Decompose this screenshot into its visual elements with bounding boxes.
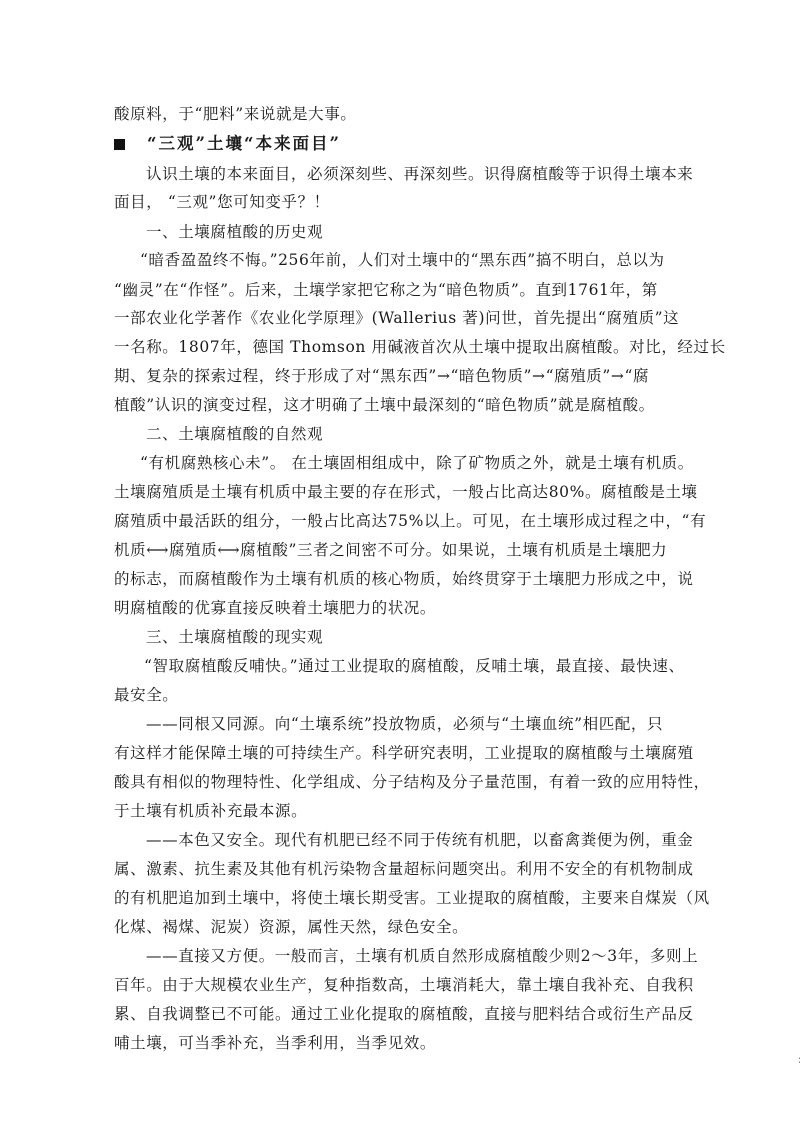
text-line: 明腐植酸的优寡直接反映着土壤肥力的状况。 [114, 598, 436, 618]
text-line: “智取腐植酸反哺快。”通过工业提取的腐植酸，反哺土壤，最直接、最快速、 [144, 656, 685, 676]
text-line: “有机腐熟核心未”。 在土壤固相组成中，除了矿物质之外，就是土壤有机质。 [140, 453, 694, 473]
text-line: 机质⟷腐殖质⟷腐植酸”三者之间密不可分。如果说，土壤有机质是土壤肥力 [114, 540, 667, 560]
black-square-bullet-icon [114, 139, 125, 150]
heading-text: “三观”土壤“本来面目” [147, 134, 341, 153]
text-line: 期、复杂的探索过程，终于形成了对“黑东西”→“暗色物质”→“腐殖质”→“腐 [114, 366, 649, 386]
text-line: “幽灵”在“作怪”。后来，土壤学家把它称之为“暗色物质”。直到1761年，第 [114, 280, 658, 300]
text-line: 属、激素、抗生素及其他有机污染物含量超标问题突出。利用不安全的有机物制成 [114, 859, 694, 879]
text-line: 一部农业化学著作《农业化学原理》(Wallerius 著)问世，首先提出“腐殖质… [114, 308, 679, 328]
text-line: 累、自我调整已不可能。通过工业化提取的腐植酸，直接与肥料结合或衍生产品反 [114, 1004, 694, 1024]
section-heading: “三观”土壤“本来面目” [114, 134, 341, 154]
text-line: ——同根又同源。向“土壤系统”投放物质，必须与“土壤血统”相匹配，只 [146, 714, 663, 734]
text-line: “暗香盈盈终不悔。”256年前，人们对土壤中的“黑东西”搞不明白，总以为 [140, 250, 665, 270]
text-line: 一名称。1807年，德国 Thomson 用碱液首次从土壤中提取出腐植酸。对比，… [114, 337, 726, 357]
text-line: ——本色又安全。现代有机肥已经不同于传统有机肥，以畜禽粪便为例，重金 [146, 830, 693, 850]
text-line: 化煤、褐煤、泥炭）资源，属性天然，绿色安全。 [114, 917, 468, 937]
text-line: 植酸”认识的演变过程，这才明确了土壤中最深刻的“暗色物质”就是腐植酸。 [114, 395, 655, 415]
text-line: 土壤腐殖质是土壤有机质中最主要的存在形式，一般占比高达80%。腐植酸是土壤 [114, 482, 698, 502]
text-line: 有这样才能保障土壤的可持续生产。科学研究表明，工业提取的腐植酸与土壤腐殖 [114, 743, 694, 763]
text-line: 三、土壤腐植酸的现实观 [146, 627, 323, 647]
text-line: 二、土壤腐植酸的自然观 [146, 424, 323, 444]
text-line: 酸具有相似的物理特性、化学组成、分子结构及分子量范围，有着一致的应用特性， [114, 772, 710, 792]
text-line: 腐殖质中最活跃的组分，一般占比高达75%以上。可见，在土壤形成过程之中，“有 [114, 511, 706, 531]
text-line: 认识土壤的本来面目，必须深刻些、再深刻些。识得腐植酸等于识得土壤本来 [146, 164, 693, 184]
text-line: 面目， “三观”您可知变乎？！ [114, 192, 330, 212]
text-line: 最安全。 [114, 685, 178, 705]
text-line: 酸原料，于“肥料”来说就是大事。 [114, 104, 356, 124]
text-line: 于土壤有机质补充最本源。 [114, 801, 307, 821]
text-line: 百年。由于大规模农业生产，复种指数高，土壤消耗大，靠土壤自我补充、自我积 [114, 975, 694, 995]
text-line: ——直接又方便。一般而言，土壤有机质自然形成腐植酸少则2～3年，多则上 [146, 946, 698, 966]
text-line: 的有机肥追加到土壤中，将使土壤长期受害。工业提取的腐植酸，主要来自煤炭（风 [114, 888, 710, 908]
text-line: 一、土壤腐植酸的历史观 [146, 222, 323, 242]
text-line: 的标志，而腐植酸作为土壤有机质的核心物质，始终贯穿于土壤肥力形成之中，说 [114, 569, 694, 589]
text-line: 哺土壤，可当季补充，当季利用，当季见效。 [114, 1033, 436, 1053]
